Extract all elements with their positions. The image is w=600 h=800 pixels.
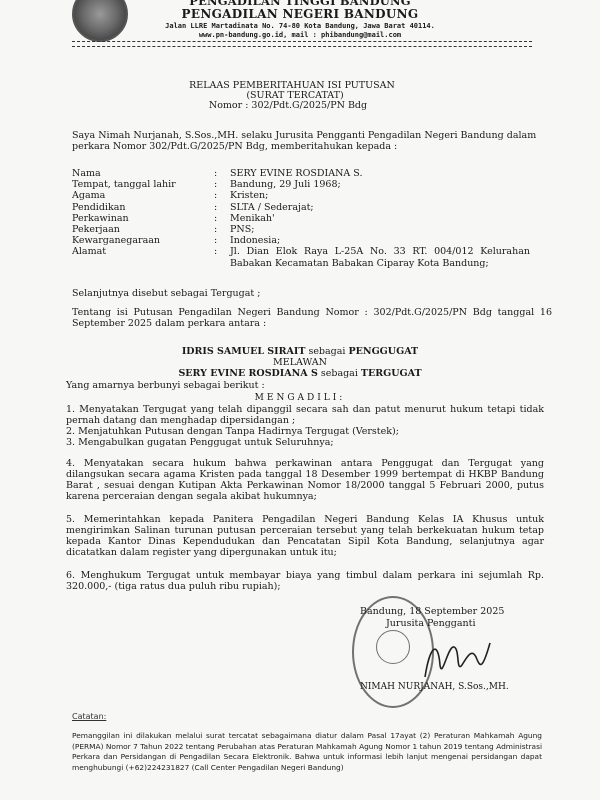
identity-value: Jl. Dian Elok Raya L-25A No. 33 RT. 004/… [230, 246, 530, 268]
amar-item: 3. Mengabulkan gugatan Penggugat untuk S… [66, 437, 544, 448]
note-text: Pemanggilan ini dilakukan melalui surat … [72, 731, 542, 773]
court-name: PENGADILAN NEGERI BANDUNG [0, 7, 600, 21]
amar-item: 2. Menjatuhkan Putusan dengan Tanpa Hadi… [66, 426, 544, 437]
amar-item: 1. Menyatakan Tergugat yang telah dipang… [66, 404, 544, 426]
identity-label: Pekerjaan [72, 224, 214, 235]
plaintiff-role: PENGGUGAT [349, 346, 419, 357]
intro-paragraph: Saya Nimah Nurjanah, S.Sos.,MH. selaku J… [72, 130, 552, 152]
identity-row: Alamat : Jl. Dian Elok Raya L-25A No. 33… [72, 246, 530, 268]
identity-row: Pekerjaan : PNS; [72, 224, 530, 235]
as-label: sebagai [308, 346, 345, 357]
amar-item: 5. Memerintahkan kepada Panitera Pengadi… [66, 514, 544, 558]
identity-label: Pendidikan [72, 202, 214, 213]
defendant-designation: Selanjutnya disebut sebagai Tergugat ; [72, 288, 552, 299]
identity-table: Nama : SERY EVINE ROSDIANA S. Tempat, ta… [72, 168, 530, 269]
identity-value: SLTA / Sederajat; [230, 202, 530, 213]
signatory-name: NIMAH NURJANAH, S.Sos.,MH. [360, 682, 509, 692]
identity-row: Kewarganegaraan : Indonesia; [72, 235, 530, 246]
court-contact: www.pn-bandung.go.id, mail : phibandung@… [0, 31, 600, 39]
identity-value: Menikah' [230, 213, 530, 224]
identity-value: SERY EVINE ROSDIANA S. [230, 168, 530, 179]
identity-label: Perkawinan [72, 213, 214, 224]
identity-label: Tempat, tanggal lahir [72, 179, 214, 190]
identity-value: Bandung, 29 Juli 1968; [230, 179, 530, 190]
identity-colon: : [214, 235, 230, 246]
identity-row: Perkawinan : Menikah' [72, 213, 530, 224]
amar-intro: Yang amarnya berbunyi sebagai berikut : [66, 380, 546, 391]
signature-role: Jurusita Pengganti [386, 618, 476, 629]
as-label: sebagai [321, 368, 358, 379]
identity-colon: : [214, 213, 230, 224]
mengadili-heading: MENGADILI: [60, 393, 540, 403]
identity-value: Kristen; [230, 190, 530, 201]
document-page: PENGADILAN TINGGI BANDUNG PENGADILAN NEG… [0, 0, 600, 800]
amar-item: 6. Menghukum Tergugat untuk membayar bia… [66, 570, 544, 592]
amar-item: 4. Menyatakan secara hukum bahwa perkawi… [66, 458, 544, 502]
document-number: Nomor : 302/Pdt.G/2025/PN Bdg [0, 100, 588, 111]
identity-row: Nama : SERY EVINE ROSDIANA S. [72, 168, 530, 179]
verdict-reference: Tentang isi Putusan Pengadilan Negeri Ba… [72, 307, 552, 329]
identity-value: PNS; [230, 224, 530, 235]
header-divider [72, 41, 532, 47]
identity-colon: : [214, 190, 230, 201]
signature-place-date: Bandung, 18 September 2025 [360, 606, 504, 617]
identity-value: Indonesia; [230, 235, 530, 246]
identity-label: Nama [72, 168, 214, 179]
identity-row: Tempat, tanggal lahir : Bandung, 29 Juli… [72, 179, 530, 190]
identity-colon: : [214, 202, 230, 213]
identity-colon: : [214, 246, 230, 268]
identity-row: Agama : Kristen; [72, 190, 530, 201]
defendant-role: TERGUGAT [361, 368, 422, 379]
court-address: Jalan LLRE Martadinata No. 74-80 Kota Ba… [0, 22, 600, 30]
identity-label: Kewarganegaraan [72, 235, 214, 246]
identity-colon: : [214, 179, 230, 190]
plaintiff-line: IDRIS SAMUEL SIRAIT sebagai PENGGUGAT [60, 346, 540, 357]
handwritten-signature [420, 635, 500, 685]
defendant-name: SERY EVINE ROSDIANA S [178, 368, 317, 379]
stamp-emblem-icon [376, 630, 410, 664]
defendant-line: SERY EVINE ROSDIANA S sebagai TERGUGAT [60, 368, 540, 379]
plaintiff-name: IDRIS SAMUEL SIRAIT [182, 346, 306, 357]
note-label: Catatan: [72, 712, 106, 721]
identity-label: Alamat [72, 246, 214, 268]
versus-label: MELAWAN [60, 357, 540, 368]
identity-colon: : [214, 224, 230, 235]
identity-label: Agama [72, 190, 214, 201]
identity-row: Pendidikan : SLTA / Sederajat; [72, 202, 530, 213]
identity-colon: : [214, 168, 230, 179]
